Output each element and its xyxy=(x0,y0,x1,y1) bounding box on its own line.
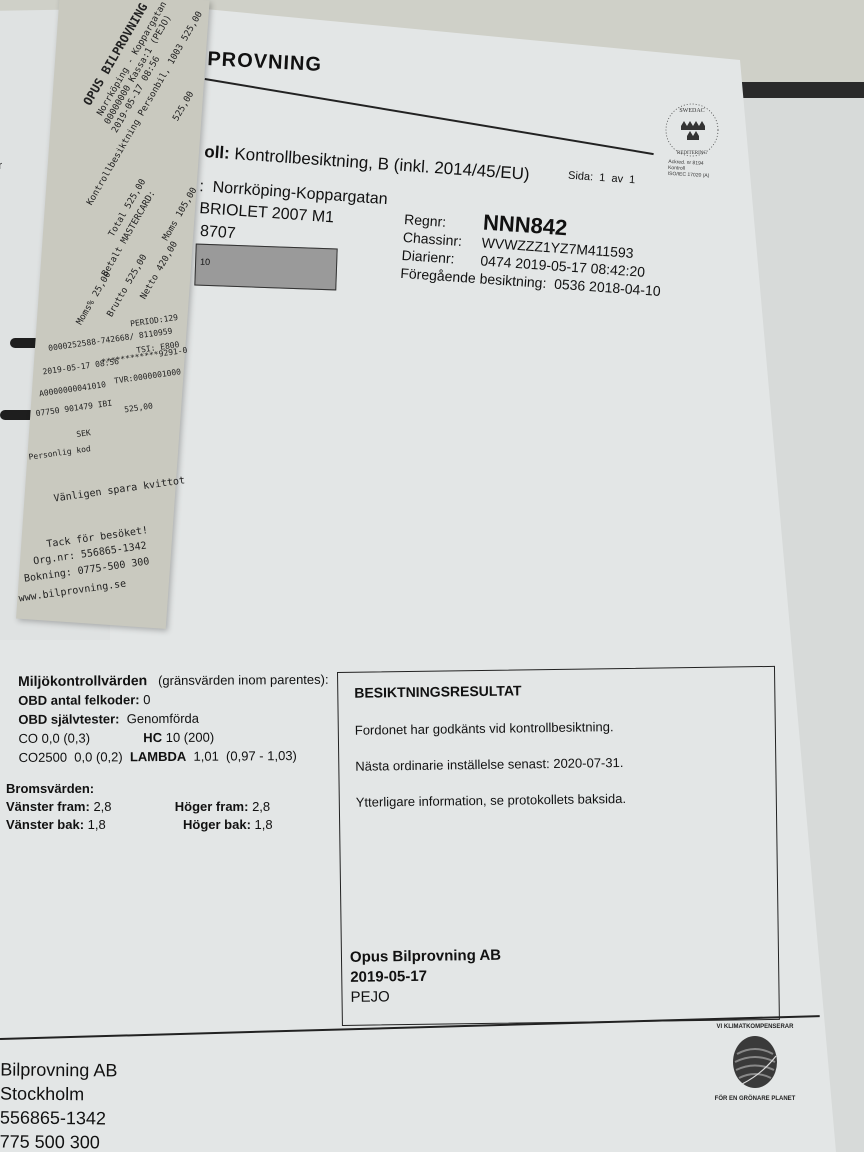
lambda-limit: (0,97 - 1,03) xyxy=(226,748,297,763)
header-divider xyxy=(205,78,654,155)
odometer-partial: 8707 xyxy=(199,223,236,243)
receipt-line: SEK xyxy=(75,426,91,441)
accreditation-standard: ISO/IEC 17020 (A) xyxy=(668,171,710,179)
brake-heading: Bromsvärden: xyxy=(6,780,273,798)
receipt-line: 525,00 xyxy=(123,399,153,416)
receipt-line: Personlig kod xyxy=(28,442,92,464)
obd-faults-label: OBD antal felkoder: xyxy=(18,692,139,708)
left-page-fragment: kniker xyxy=(0,159,2,174)
svg-text:REDITERING: REDITERING xyxy=(677,151,707,156)
vehicle-info: Regnr: NNN842 Chassinr: WVWZZZ1YZ7M41159… xyxy=(400,208,665,300)
result-approved-line: Fordonet har godkänts vid kontrollbesikt… xyxy=(355,719,614,738)
svg-text:FÖR EN GRÖNARE PLANET: FÖR EN GRÖNARE PLANET xyxy=(715,1095,796,1102)
lambda-value: 1,01 xyxy=(193,749,218,764)
lambda-label: LAMBDA xyxy=(130,749,186,764)
result-heading: BESIKTNINGSRESULTAT xyxy=(354,682,521,700)
right-front-value: 2,8 xyxy=(252,799,270,814)
signature-block: Opus Bilprovning AB 2019-05-17 PEJO xyxy=(350,946,502,1008)
footer-company: Bilprovning AB xyxy=(0,1057,117,1082)
receipt-line: A0000000041010 xyxy=(38,378,107,400)
receipt-line: TVR:0000001000 xyxy=(113,365,182,387)
environment-values: Miljökontrollvärden (gränsvärden inom pa… xyxy=(18,670,329,767)
footer-org-number: 556865-1342 xyxy=(0,1105,117,1130)
footer-phone: 775 500 300 xyxy=(0,1129,117,1152)
receipt-line: 525,00 xyxy=(171,90,197,124)
page-total: 1 xyxy=(629,174,636,186)
left-page-fragment: r. xyxy=(0,131,2,146)
result-more-info-line: Ytterligare information, se protokollets… xyxy=(356,791,626,810)
co2500-value: 0,0 xyxy=(74,749,92,764)
obd-faults-value: 0 xyxy=(143,692,150,707)
hc-limit: (200) xyxy=(184,730,214,745)
brake-rear-row: Vänster bak: 1,8 Höger bak: 1,8 xyxy=(6,816,273,834)
obd-selftests-label: OBD självtester: xyxy=(18,711,119,727)
svg-text:SWEDAC: SWEDAC xyxy=(679,108,704,114)
svg-text:VI KLIMATKOMPENSERAR: VI KLIMATKOMPENSERAR xyxy=(717,1024,795,1030)
right-rear-label: Höger bak: xyxy=(183,817,251,832)
left-page-fragment: sam xyxy=(0,173,2,188)
climate-compensation-badge-icon: VI KLIMATKOMPENSERAR FÖR EN GRÖNARE PLAN… xyxy=(712,1018,798,1104)
co-limit: (0,3) xyxy=(63,730,90,745)
left-front-label: Vänster fram: xyxy=(6,799,90,814)
inspection-result-box: BESIKTNINGSRESULTAT Fordonet har godkänt… xyxy=(337,666,780,1026)
title-text: Kontrollbesiktning, B (inkl. 2014/45/EU) xyxy=(234,144,530,184)
company-footer: Bilprovning AB Stockholm 556865-1342 775… xyxy=(0,1057,117,1152)
environment-heading-row: Miljökontrollvärden (gränsvärden inom pa… xyxy=(18,670,329,691)
obd-selftests-value: Genomförda xyxy=(127,711,199,727)
page-indicator: Sida: 1 av 1 xyxy=(568,170,636,187)
right-front-label: Höger fram: xyxy=(175,799,249,814)
co-hc-row: CO 0,0 (0,3) HC 10 (200) xyxy=(18,727,329,748)
left-page-fragment: för xyxy=(0,187,3,202)
left-front-value: 2,8 xyxy=(93,799,111,814)
footer-city: Stockholm xyxy=(0,1081,117,1106)
brake-values: Bromsvärden: Vänster fram: 2,8 Höger fra… xyxy=(6,780,273,834)
brake-front-row: Vänster fram: 2,8 Höger fram: 2,8 xyxy=(6,798,273,816)
hc-value: 10 xyxy=(166,730,181,745)
receipt-footer-line: Vänligen spara kvittot xyxy=(53,474,186,505)
page-current: 1 xyxy=(599,172,606,184)
brand-logo-text: PROVNING xyxy=(207,48,323,77)
receipt-line: Netto 420,00 xyxy=(139,240,181,302)
receipt-line: 07750 901479 IBI xyxy=(35,397,113,421)
receipt-line: Moms% 25,00 xyxy=(75,270,114,327)
obd-selftests-row: OBD självtester: Genomförda xyxy=(18,708,329,729)
station-prefix: : xyxy=(199,178,205,195)
obd-faults-row: OBD antal felkoder: 0 xyxy=(18,689,329,710)
signature-inspector: PEJO xyxy=(350,986,501,1008)
co-label: CO xyxy=(18,731,38,746)
title-prefix: oll: xyxy=(204,142,231,163)
result-next-inspection-line: Nästa ordinarie inställelse senast: 2020… xyxy=(355,755,623,774)
swedac-accreditation-icon: SWEDAC REDITERING xyxy=(662,100,722,160)
hc-label: HC xyxy=(143,730,162,745)
left-page-fragment: ara xyxy=(0,145,2,160)
environment-heading: Miljökontrollvärden xyxy=(18,672,147,689)
co2500-lambda-row: CO2500 0,0 (0,2) LAMBDA 1,01 (0,97 - 1,0… xyxy=(19,746,330,767)
page-of: av xyxy=(611,173,623,186)
left-rear-value: 1,8 xyxy=(88,817,106,832)
co2500-label: CO2500 xyxy=(19,750,68,765)
right-rear-value: 1,8 xyxy=(255,817,273,832)
page-label: Sida: xyxy=(568,170,594,184)
signature-company: Opus Bilprovning AB xyxy=(350,946,501,968)
shaded-field: 10 xyxy=(194,244,337,291)
accreditation-caption: Ackred. nr 8194 Kontroll ISO/IEC 17020 (… xyxy=(668,159,711,179)
protocol-title: oll: Kontrollbesiktning, B (inkl. 2014/4… xyxy=(204,142,531,185)
left-page-text: r. ara kniker sam för xyxy=(0,131,3,202)
shaded-field-text: 10 xyxy=(200,257,210,267)
left-rear-label: Vänster bak: xyxy=(6,817,84,832)
co-value: 0,0 xyxy=(42,731,60,746)
environment-note: (gränsvärden inom parentes): xyxy=(158,672,329,688)
signature-date: 2019-05-17 xyxy=(350,966,501,988)
co2500-limit: (0,2) xyxy=(96,749,123,764)
